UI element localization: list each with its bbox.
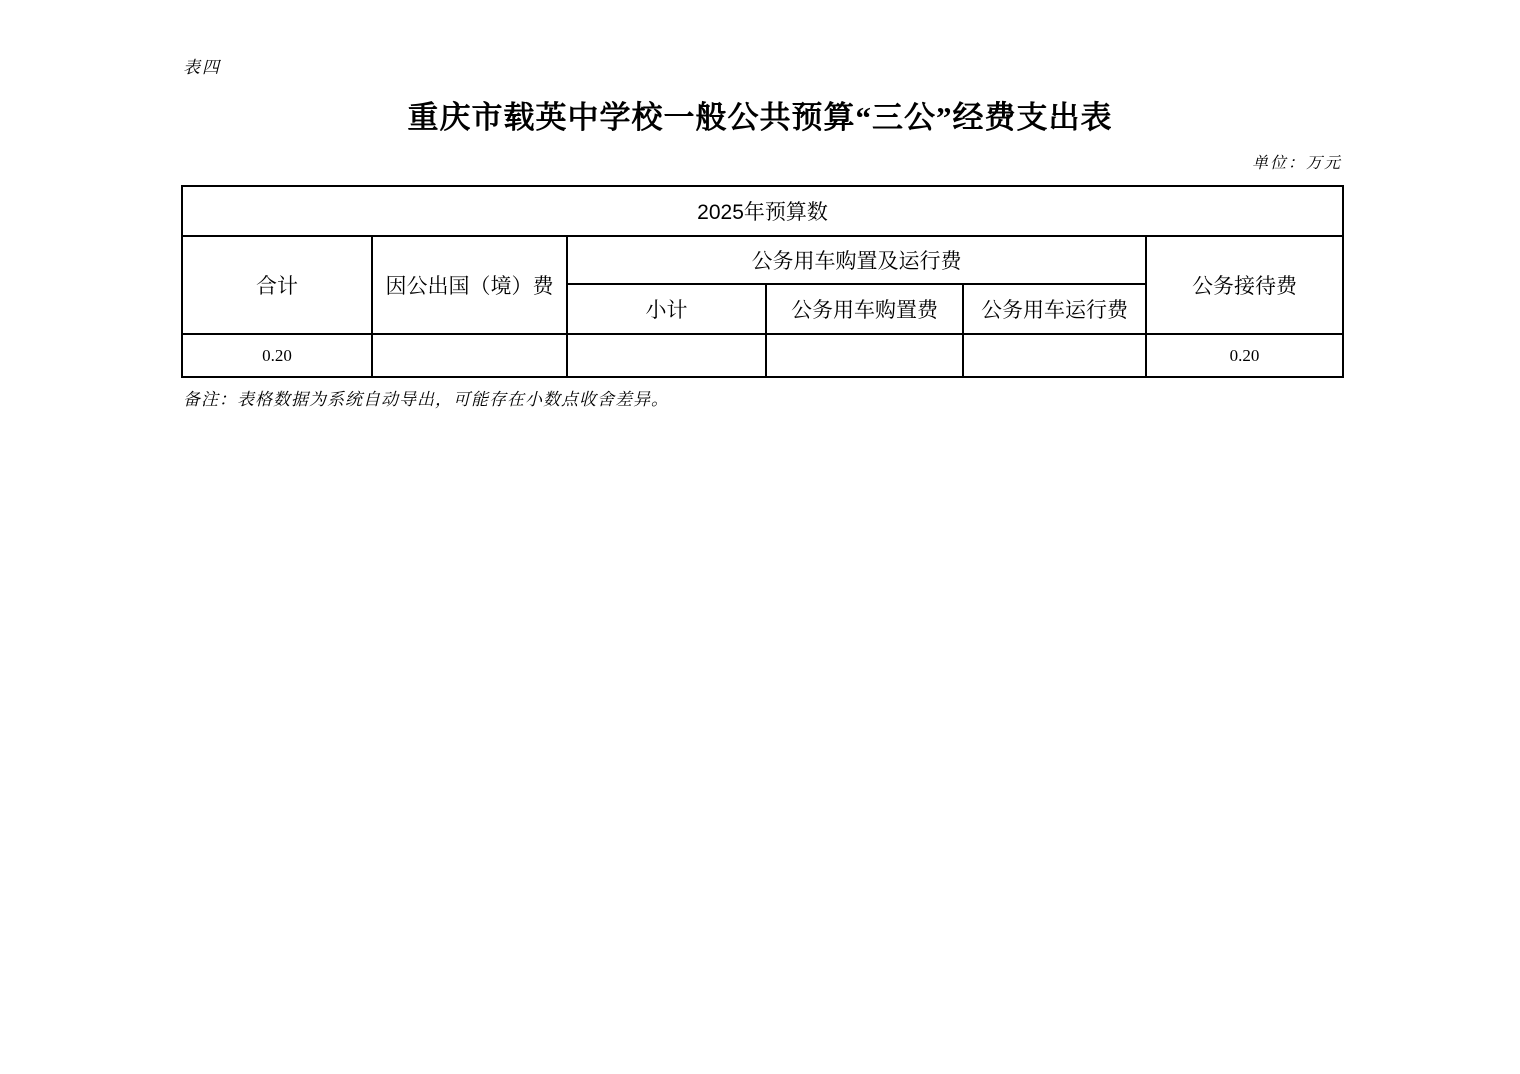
col-header-abroad-fee: 因公出国（境）费 — [372, 236, 567, 334]
col-header-vehicle-operation: 公务用车运行费 — [963, 284, 1146, 334]
col-header-reception-fee: 公务接待费 — [1146, 236, 1343, 334]
col-header-vehicle-group: 公务用车购置及运行费 — [567, 236, 1146, 284]
value-total: 0.20 — [182, 334, 372, 377]
value-reception-fee: 0.20 — [1146, 334, 1343, 377]
table-row-year: 2025年预算数 — [182, 186, 1343, 236]
unit-note: 单位：万元 — [181, 150, 1342, 173]
table-row-values: 0.20 0.20 — [182, 334, 1343, 377]
value-vehicle-purchase — [766, 334, 963, 377]
col-header-vehicle-purchase: 公务用车购置费 — [766, 284, 963, 334]
document-page: 表四 重庆市载英中学校一般公共预算“三公”经费支出表 单位：万元 2025年预算… — [0, 0, 1520, 1074]
value-abroad-fee — [372, 334, 567, 377]
year-header-cell: 2025年预算数 — [182, 186, 1343, 236]
value-vehicle-subtotal — [567, 334, 766, 377]
col-header-vehicle-subtotal: 小计 — [567, 284, 766, 334]
footnote: 备注：表格数据为系统自动导出，可能存在小数点收舍差异。 — [183, 385, 669, 410]
col-header-total: 合计 — [182, 236, 372, 334]
value-vehicle-operation — [963, 334, 1146, 377]
budget-expense-table: 2025年预算数 合计 因公出国（境）费 公务用车购置及运行费 公务接待费 小计… — [181, 185, 1344, 378]
table-number-label: 表四 — [183, 53, 221, 78]
page-title: 重庆市载英中学校一般公共预算“三公”经费支出表 — [0, 92, 1520, 137]
table-row-header-top: 合计 因公出国（境）费 公务用车购置及运行费 公务接待费 — [182, 236, 1343, 284]
